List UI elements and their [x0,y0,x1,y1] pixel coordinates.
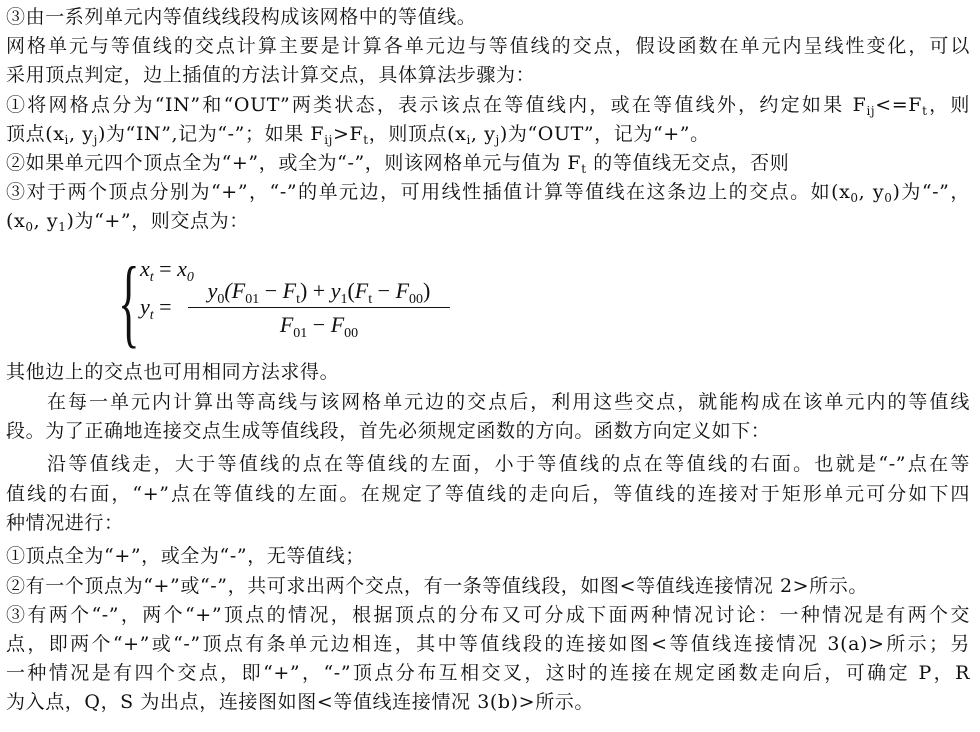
text-run: 采用顶点判定，边上插值的方法计算交点，具体算法步骤为： [6,64,535,86]
text-line: 在每一单元内计算出等高线与该网格单元边的交点后，利用这些交点，就能构成在该单元内… [47,389,970,415]
text-run: , y [34,210,59,232]
text-line: 其他边上的交点也可用相同方法求得。 [6,359,970,385]
text-run: 网格单元与等值线的交点计算主要是计算各单元边与等值线的交点，假设函数在单元内呈线… [6,35,970,57]
text-run: ①将网格点分为“IN”和“OUT”两类状态，表示该点在等值线内，或在等值线外，约… [6,94,866,116]
text-line: ②有一个顶点为“+”或“-”，共可求出两个交点，有一条等值线段，如图<等值线连接… [6,573,970,599]
text-run: ③有两个“-”，两个“+”顶点的情况，根据顶点的分布又可分成下面两种情况讨论：一… [6,604,970,626]
text-run: )为“IN”,记为“-”；如果 F [98,123,324,145]
text-run: (x [6,210,25,232]
text-line: 种情况进行： [6,510,970,536]
text-line: 一种情况是有四个交点，即“+”，“-”顶点分布互相交叉，这时的连接在规定函数走向… [6,660,970,686]
text-line: 采用顶点判定，边上插值的方法计算交点，具体算法步骤为： [6,62,970,88]
text-run: <=F [875,94,922,116]
text-run: ，则 [928,94,971,116]
text-line: 值线的右面，“+”点在等值线的左面。在规定了等值线的走向后，等值线的连接对于矩形… [6,481,970,507]
text-run: >F [333,123,363,145]
text-run: ③对于两个顶点分别为“+”，“-”的单元边，可用线性插值计算等值线在这条边上的交… [6,181,850,203]
fraction-bar [188,307,450,308]
text-run: 段。为了正确地连接交点生成等值线段，首先必须规定函数的方向。函数方向定义如下： [6,420,770,442]
text-run: 值线的右面，“+”点在等值线的左面。在规定了等值线的走向后，等值线的连接对于矩形… [6,483,970,505]
text-run: 在每一单元内计算出等高线与该网格单元边的交点后，利用这些交点，就能构成在该单元内… [47,391,970,413]
formula-eq2-lhs: yt = [140,294,172,320]
text-line: ①将网格点分为“IN”和“OUT”两类状态，表示该点在等值线内，或在等值线外，约… [6,92,970,118]
text-run: )为“OUT”，记为“+”。 [500,123,710,145]
text-run: 顶点(x [6,123,65,145]
text-run: ②有一个顶点为“+”或“-”，共可求出两个交点，有一条等值线段，如图<等值线连接… [6,575,868,597]
text-run: 为入点，Q，S 为出点，连接图如图<等值线连接情况 3(b)>所示。 [6,691,594,713]
formula-numerator: y0(F01 − Ft) + y1(Ft − F00) [188,278,450,306]
text-line: 段。为了正确地连接交点生成等值线段，首先必须规定函数的方向。函数方向定义如下： [6,418,970,444]
subscript: ij [866,104,875,118]
text-run: 的等值线无交点，否则 [587,152,790,174]
text-run: )为“-”， [892,181,970,203]
formula-eq1: xt = x0 [140,256,194,282]
subscript: 0 [850,191,858,205]
text-line: ③有两个“-”，两个“+”顶点的情况，根据顶点的分布又可分成下面两种情况讨论：一… [6,602,970,628]
text-run: 点，即两个“+”或“-”顶点有条单元边相连，其中等值线段的连接如图<等值线连接情… [6,633,970,655]
text-line: 为入点，Q，S 为出点，连接图如图<等值线连接情况 3(b)>所示。 [6,689,970,715]
text-line: ③对于两个顶点分别为“+”，“-”的单元边，可用线性插值计算等值线在这条边上的交… [6,179,970,205]
text-run: ①顶点全为“+”，或全为“-”，无等值线； [6,545,365,567]
text-line: ②如果单元四个顶点全为“+”，或全为“-”，则该网格单元与值为 Ft 的等值线无… [6,150,970,176]
text-run: ②如果单元四个顶点全为“+”，或全为“-”，则该网格单元与值为 F [6,152,581,174]
text-run: ，则顶点(x [369,123,467,145]
text-run: 其他边上的交点也可用相同方法求得。 [6,361,339,383]
text-run: , y [69,123,94,145]
text-line: 顶点(xi, yj)为“IN”,记为“-”；如果 Fij>Ft，则顶点(xi, … [6,121,970,147]
text-run: ③由一系列单元内等值线线段构成该网格中的等值线。 [6,6,476,28]
text-line: (x0, y1)为“+”，则交点为： [6,208,970,234]
text-run: 一种情况是有四个交点，即“+”，“-”顶点分布互相交叉，这时的连接在规定函数走向… [6,662,970,684]
subscript: 0 [25,220,33,234]
text-line: 点，即两个“+”或“-”顶点有条单元边相连，其中等值线段的连接如图<等值线连接情… [6,631,970,657]
intersection-formula: { xt = x0 yt = y0(F01 − Ft) + y1(Ft − F0… [118,250,458,355]
text-line: ①顶点全为“+”，或全为“-”，无等值线； [6,543,970,569]
text-run: , y [471,123,496,145]
text-line: 沿等值线走，大于等值线的点在等值线的左面，小于等值线的点在等值线的右面。也就是“… [47,451,970,477]
text-line: 网格单元与等值线的交点计算主要是计算各单元边与等值线的交点，假设函数在单元内呈线… [6,33,970,59]
text-run: , y [859,181,885,203]
left-brace: { [118,252,140,352]
subscript: ij [324,133,333,147]
text-run: 种情况进行： [6,512,124,534]
formula-denominator: F01 − F00 [188,312,450,338]
text-run: )为“+”，则交点为： [66,210,248,232]
text-line: ③由一系列单元内等值线线段构成该网格中的等值线。 [6,4,970,30]
text-run: 沿等值线走，大于等值线的点在等值线的左面，小于等值线的点在等值线的右面。也就是“… [47,453,970,475]
formula-fraction: y0(F01 − Ft) + y1(Ft − F00) F01 − F00 [188,278,450,338]
